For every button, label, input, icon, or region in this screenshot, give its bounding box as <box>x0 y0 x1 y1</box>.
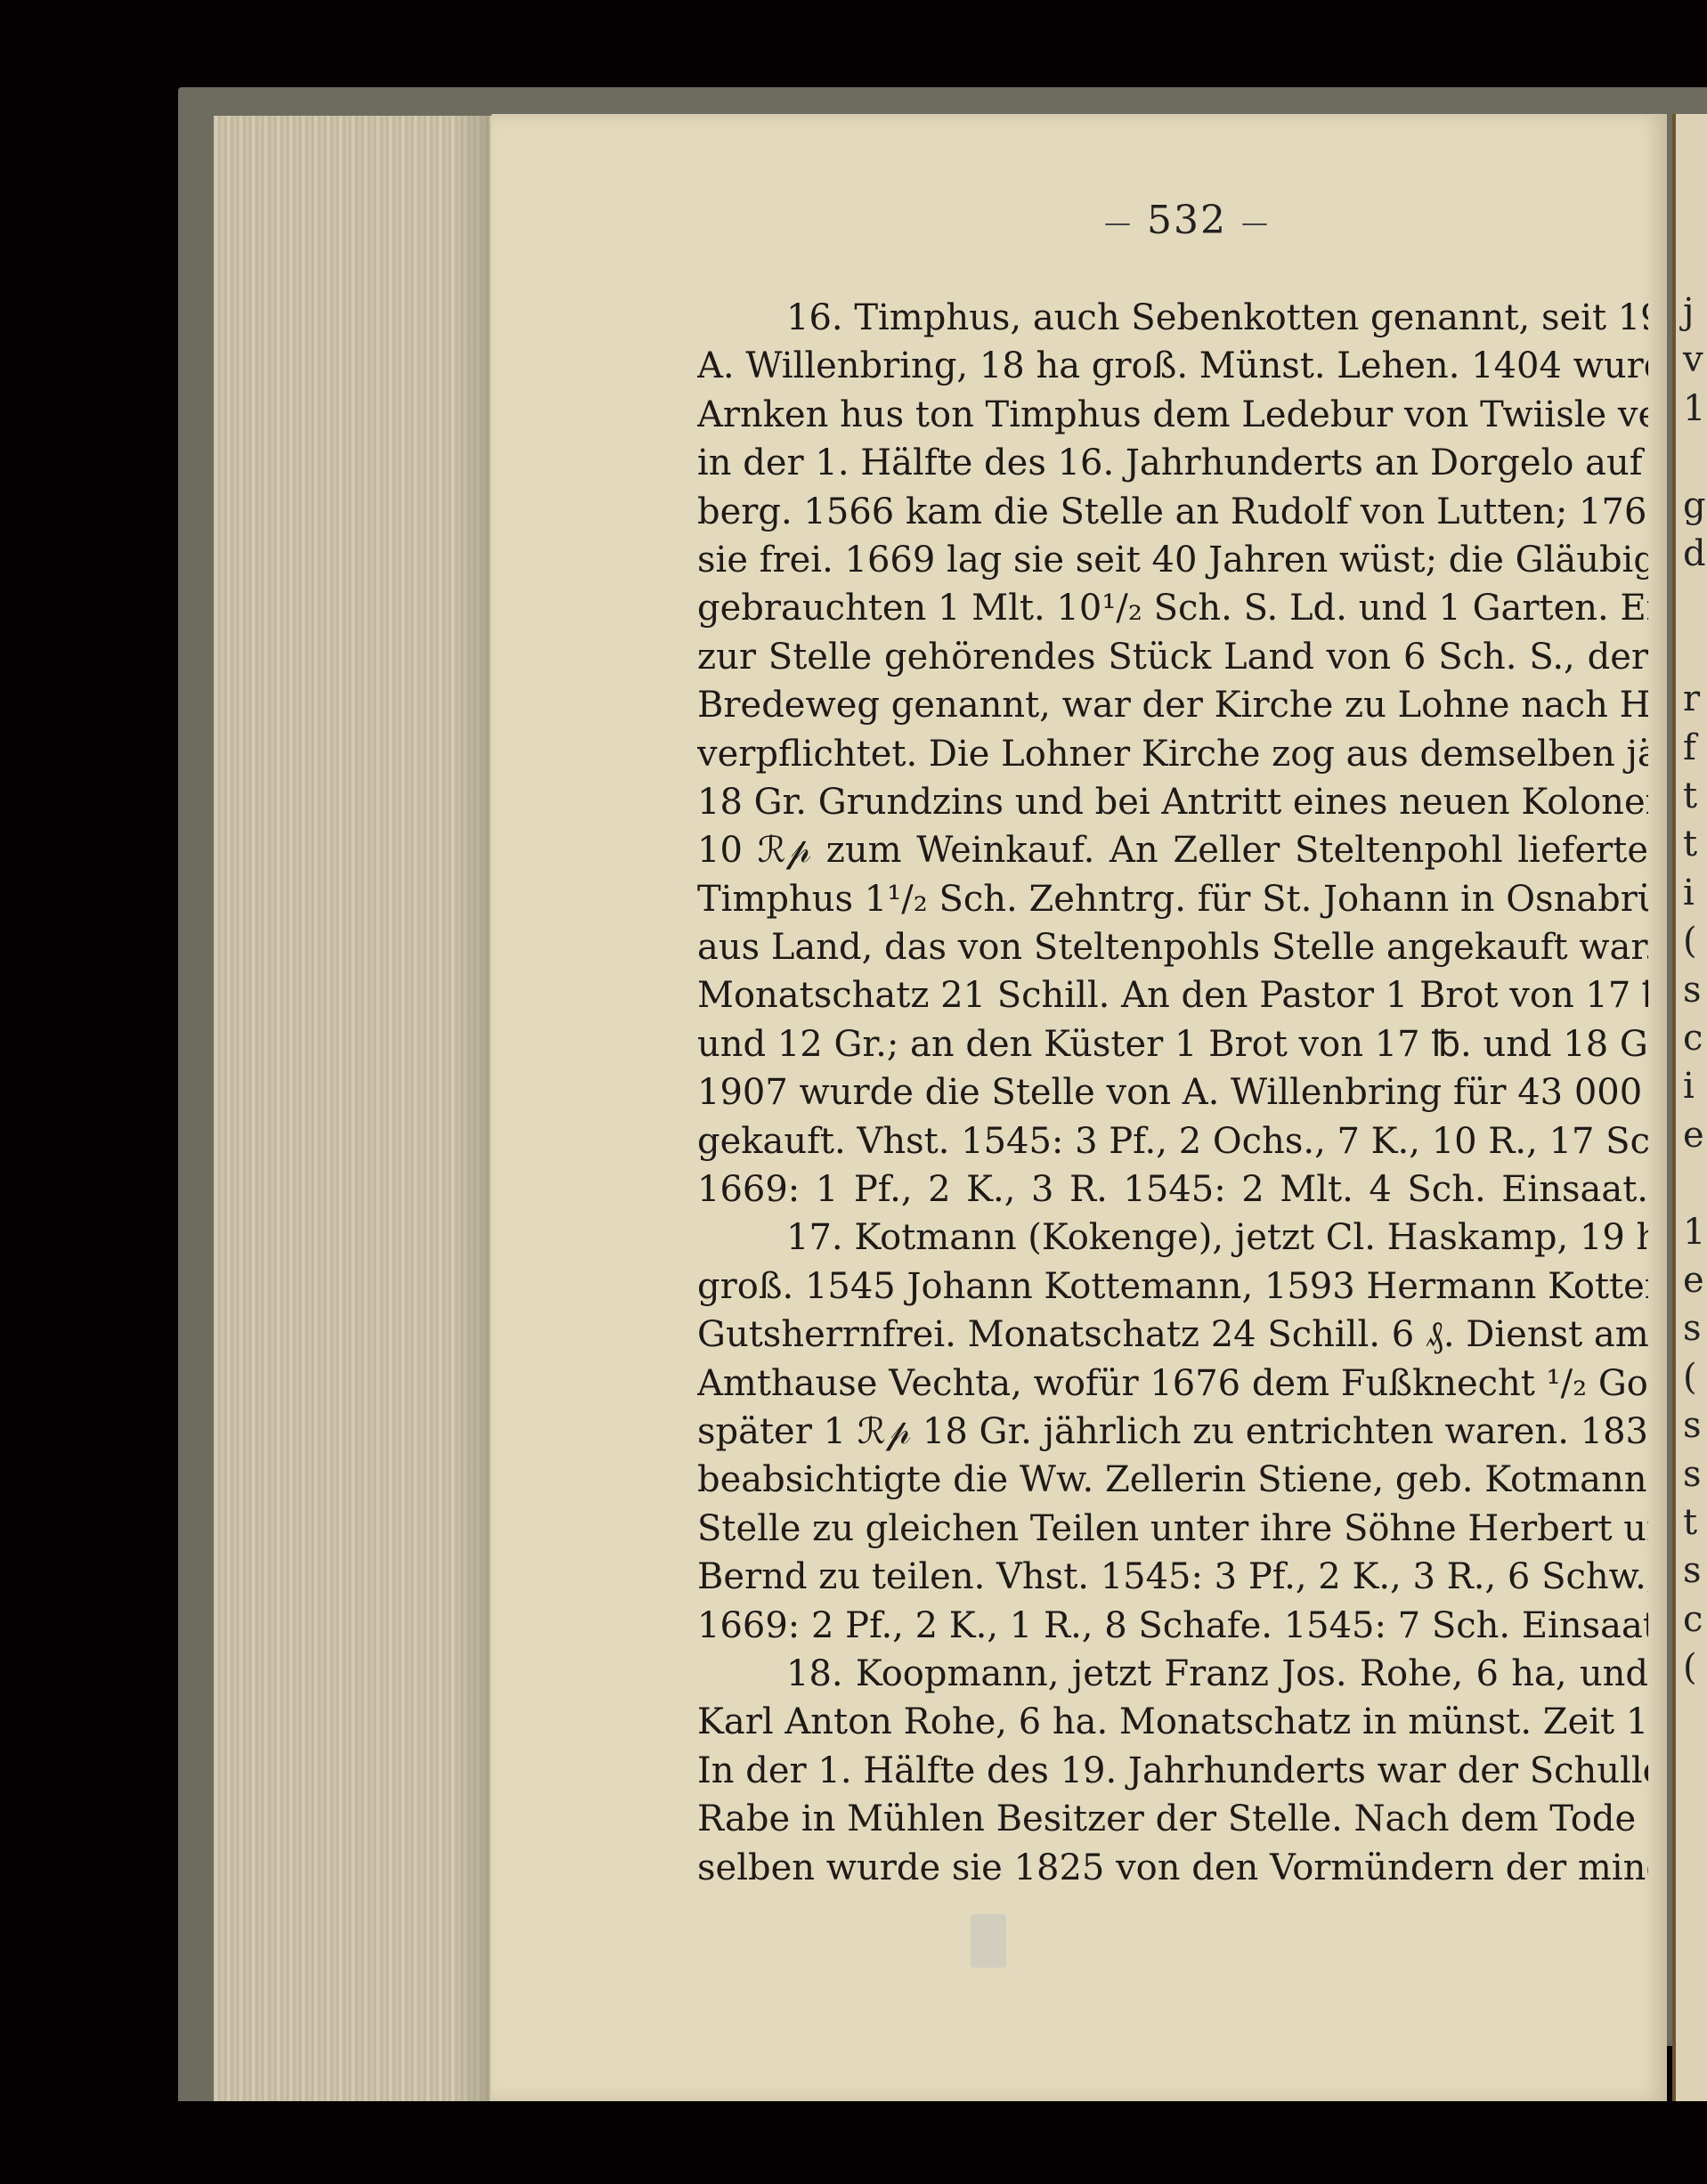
text-line: groß. 1545 Johann Kottemann, 1593 Herman… <box>697 1262 1648 1311</box>
adjacent-page-glyph: 1 <box>1683 391 1705 426</box>
header-dash-left: — <box>1104 207 1133 239</box>
text-line: Monatschatz 21 Schill. An den Pastor 1 B… <box>697 971 1648 1019</box>
text-line: beabsichtigte die Ww. Zellerin Stiene, g… <box>697 1456 1648 1504</box>
adjacent-page-glyph: ( <box>1683 1650 1697 1685</box>
text-line: In der 1. Hälfte des 19. Jahrhunderts wa… <box>697 1747 1648 1795</box>
page-body: 16. Timphus, auch Sebenkotten genannt, s… <box>697 294 1648 1892</box>
adjacent-page-glyph: c <box>1683 1020 1703 1056</box>
text-line: und 12 Gr.; an den Küster 1 Brot von 17 … <box>697 1020 1648 1068</box>
entry-16-timphus: 16. Timphus, auch Sebenkotten genannt, s… <box>697 294 1648 1214</box>
text-line: aus Land, das von Steltenpohls Stelle an… <box>697 923 1648 971</box>
adjacent-page-glyph: i <box>1683 875 1695 911</box>
text-line: Timphus 1¹/₂ Sch. Zehntrg. für St. Johan… <box>697 875 1648 923</box>
text-line: verpflichtet. Die Lohner Kirche zog aus … <box>697 730 1648 778</box>
text-line: Karl Anton Rohe, 6 ha. Monatschatz in mü… <box>697 1698 1648 1746</box>
text-line: 16. Timphus, auch Sebenkotten genannt, s… <box>697 294 1648 342</box>
text-line: 1907 wurde die Stelle von A. Willenbring… <box>697 1068 1648 1116</box>
adjacent-page-glyph: g <box>1683 488 1706 524</box>
adjacent-page-sliver: jv1gdrftti(scie1es(sstsc( <box>1676 114 1707 2101</box>
entry-17-kotmann: 17. Kotmann (Kokenge), jetzt Cl. Haskamp… <box>697 1214 1648 1650</box>
text-line: Rabe in Mühlen Besitzer der Stelle. Nach… <box>697 1795 1648 1843</box>
entry-18-koopmann: 18. Koopmann, jetzt Franz Jos. Rohe, 6 h… <box>697 1650 1648 1892</box>
adjacent-page-glyph: i <box>1683 1068 1695 1104</box>
adjacent-page-glyph: s <box>1683 1408 1702 1443</box>
text-line: Bredeweg genannt, war der Kirche zu Lohn… <box>697 681 1648 729</box>
adjacent-page-glyph: 1 <box>1683 1214 1705 1250</box>
adjacent-page-glyph: c <box>1683 1602 1703 1637</box>
header-dash-right: — <box>1241 207 1270 239</box>
text-line: 18. Koopmann, jetzt Franz Jos. Rohe, 6 h… <box>697 1650 1648 1698</box>
text-line: A. Willenbring, 18 ha groß. Münst. Lehen… <box>697 342 1648 390</box>
text-line: berg. 1566 kam die Stelle an Rudolf von … <box>697 488 1648 536</box>
text-line: Amthause Vechta, wofür 1676 dem Fußknech… <box>697 1360 1648 1408</box>
text-line: Bernd zu teilen. Vhst. 1545: 3 Pf., 2 K.… <box>697 1553 1648 1601</box>
text-line: zur Stelle gehörendes Stück Land von 6 S… <box>697 633 1648 681</box>
text-line: selben wurde sie 1825 von den Vormündern… <box>697 1844 1648 1892</box>
page-header: — 532 — <box>1104 198 1270 243</box>
text-line: gebrauchten 1 Mlt. 10¹/₂ Sch. S. Ld. und… <box>697 584 1648 632</box>
page-edges-shadow <box>454 116 490 2101</box>
adjacent-page-glyph: f <box>1683 730 1696 766</box>
adjacent-page-glyph: s <box>1683 972 1702 1008</box>
page-number: 532 <box>1147 198 1227 243</box>
adjacent-page-glyph: s <box>1683 1457 1702 1492</box>
adjacent-page-glyph: e <box>1683 1262 1704 1298</box>
adjacent-page-glyph: r <box>1683 681 1700 717</box>
adjacent-page-glyph: v <box>1683 342 1703 378</box>
adjacent-page-glyph: s <box>1683 1311 1702 1346</box>
text-line: Gutsherrnfrei. Monatschatz 24 Schill. 6 … <box>697 1311 1648 1359</box>
text-line: Stelle zu gleichen Teilen unter ihre Söh… <box>697 1505 1648 1553</box>
adjacent-page-glyph: ( <box>1683 923 1697 959</box>
adjacent-page-glyph: e <box>1683 1117 1704 1153</box>
text-line: später 1 ℛ𝓅 18 Gr. jährlich zu entrichte… <box>697 1408 1648 1456</box>
adjacent-page-glyph: j <box>1683 294 1694 329</box>
adjacent-page-glyph: t <box>1683 826 1697 862</box>
text-line: 17. Kotmann (Kokenge), jetzt Cl. Haskamp… <box>697 1214 1648 1262</box>
adjacent-page-glyph: d <box>1683 536 1706 572</box>
text-line: 1669: 1 Pf., 2 K., 3 R. 1545: 2 Mlt. 4 S… <box>697 1165 1648 1214</box>
text-line: 10 ℛ𝓅 zum Weinkauf. An Zeller Steltenpoh… <box>697 826 1648 874</box>
adjacent-page-glyph: s <box>1683 1553 1702 1588</box>
adjacent-page-glyph: ( <box>1683 1360 1697 1395</box>
adjacent-page-glyph: t <box>1683 1505 1697 1540</box>
text-line: sie frei. 1669 lag sie seit 40 Jahren wü… <box>697 536 1648 584</box>
adjacent-page-glyph: t <box>1683 778 1697 814</box>
text-line: 1669: 2 Pf., 2 K., 1 R., 8 Schafe. 1545:… <box>697 1602 1648 1650</box>
text-line: gekauft. Vhst. 1545: 3 Pf., 2 Ochs., 7 K… <box>697 1117 1648 1165</box>
ink-bleed-through <box>971 1914 1006 1968</box>
text-line: Arnken hus ton Timphus dem Ledebur von T… <box>697 391 1648 439</box>
text-line: 18 Gr. Grundzins und bei Antritt eines n… <box>697 778 1648 826</box>
text-line: in der 1. Hälfte des 16. Jahrhunderts an… <box>697 439 1648 487</box>
